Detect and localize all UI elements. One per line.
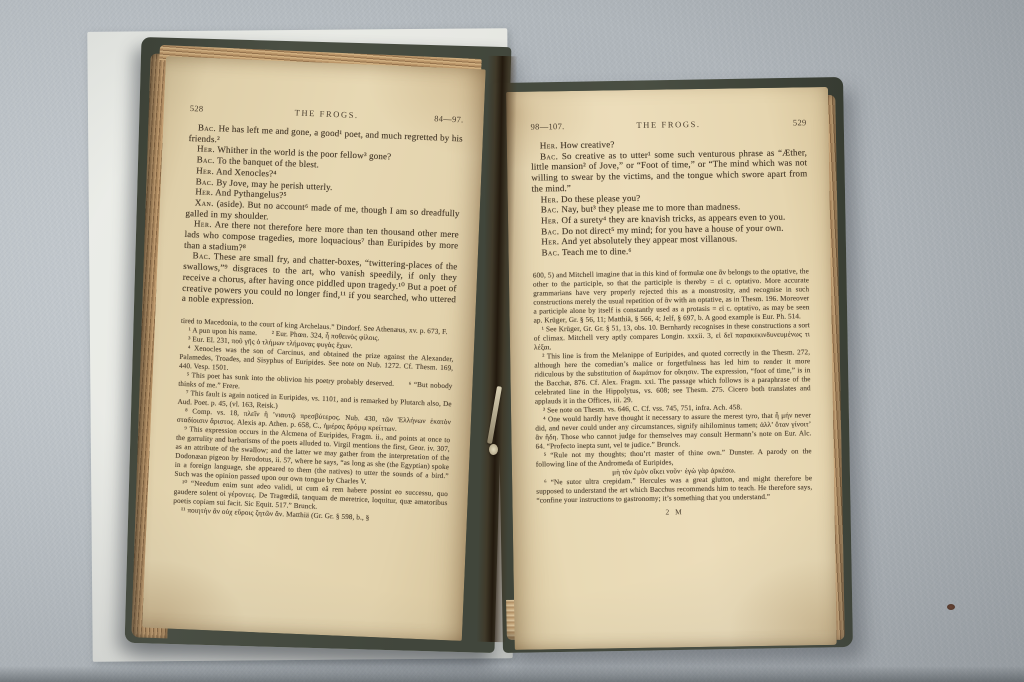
speaker-name: Her. <box>541 194 559 204</box>
speaker-name: Her. <box>196 165 214 176</box>
right-page-number: 529 <box>748 117 806 128</box>
speaker-name: Her. <box>197 144 215 155</box>
speaker-name: Bac. <box>198 122 217 133</box>
left-page: 528 THE FROGS. 84—97. Bac. He has left m… <box>142 56 486 641</box>
footnote: 600, 5) and Mitchell imagine that in thi… <box>533 267 810 325</box>
speaker-name: Her. <box>194 219 212 230</box>
footnote: ¹ See Krüger, Gr. Gr. § 51, 13, obs. 10.… <box>534 321 810 352</box>
speaker-name: Her. <box>541 215 559 225</box>
dialogue-line: Bac. These are small fry, and chatter-bo… <box>182 250 458 315</box>
footnote: ⁴ One would hardly have thought it neces… <box>535 411 812 451</box>
footnote: ² This line is from the Melanippe of Eur… <box>534 348 811 406</box>
left-page-header: 528 THE FROGS. 84—97. <box>190 103 464 124</box>
speaker-name: Her. <box>540 140 558 150</box>
stain-spot <box>947 604 955 610</box>
bottom-shadow <box>0 666 1024 682</box>
left-running-title: THE FROGS. <box>248 105 406 122</box>
dialogue-line: Bac. So creative as to utter¹ some such … <box>531 147 808 194</box>
binding-thread-knot <box>489 444 498 455</box>
left-page-number: 528 <box>190 103 248 115</box>
left-line-range: 84—97. <box>405 112 463 124</box>
left-page-dialogue: Bac. He has left me and gone, a good¹ po… <box>182 122 463 315</box>
speaker-name: Bac. <box>541 226 559 236</box>
photo-scene: 528 THE FROGS. 84—97. Bac. He has left m… <box>0 0 1024 682</box>
speaker-name: Xan. <box>195 197 214 208</box>
right-page-footnotes: 600, 5) and Mitchell imagine that in thi… <box>533 267 813 505</box>
speaker-name: Bac. <box>196 154 215 165</box>
right-running-title: THE FROGS. <box>588 118 748 131</box>
speaker-name: Bac. <box>541 204 559 214</box>
speaker-name: Bac. <box>540 151 558 161</box>
signature-mark: 2 M <box>537 505 813 518</box>
speaker-name: Bac. <box>192 251 211 262</box>
right-line-range: 98—107. <box>530 121 588 132</box>
right-page-header: 98—107. THE FROGS. 529 <box>530 117 806 131</box>
left-page-footnotes: tired to Macedonia, to the court of king… <box>173 317 455 526</box>
speaker-name: Her. <box>541 237 559 247</box>
speaker-name: Bac. <box>196 176 215 187</box>
speaker-name: Her. <box>195 187 213 198</box>
speaker-name: Bac. <box>541 247 559 257</box>
right-page: 98—107. THE FROGS. 529 Her. How creative… <box>506 87 837 650</box>
right-page-dialogue: Her. How creative?Bac. So creative as to… <box>531 136 809 258</box>
footnote: ⁶ “Ne sutor ultra crepidam.” Hercules wa… <box>536 474 812 505</box>
